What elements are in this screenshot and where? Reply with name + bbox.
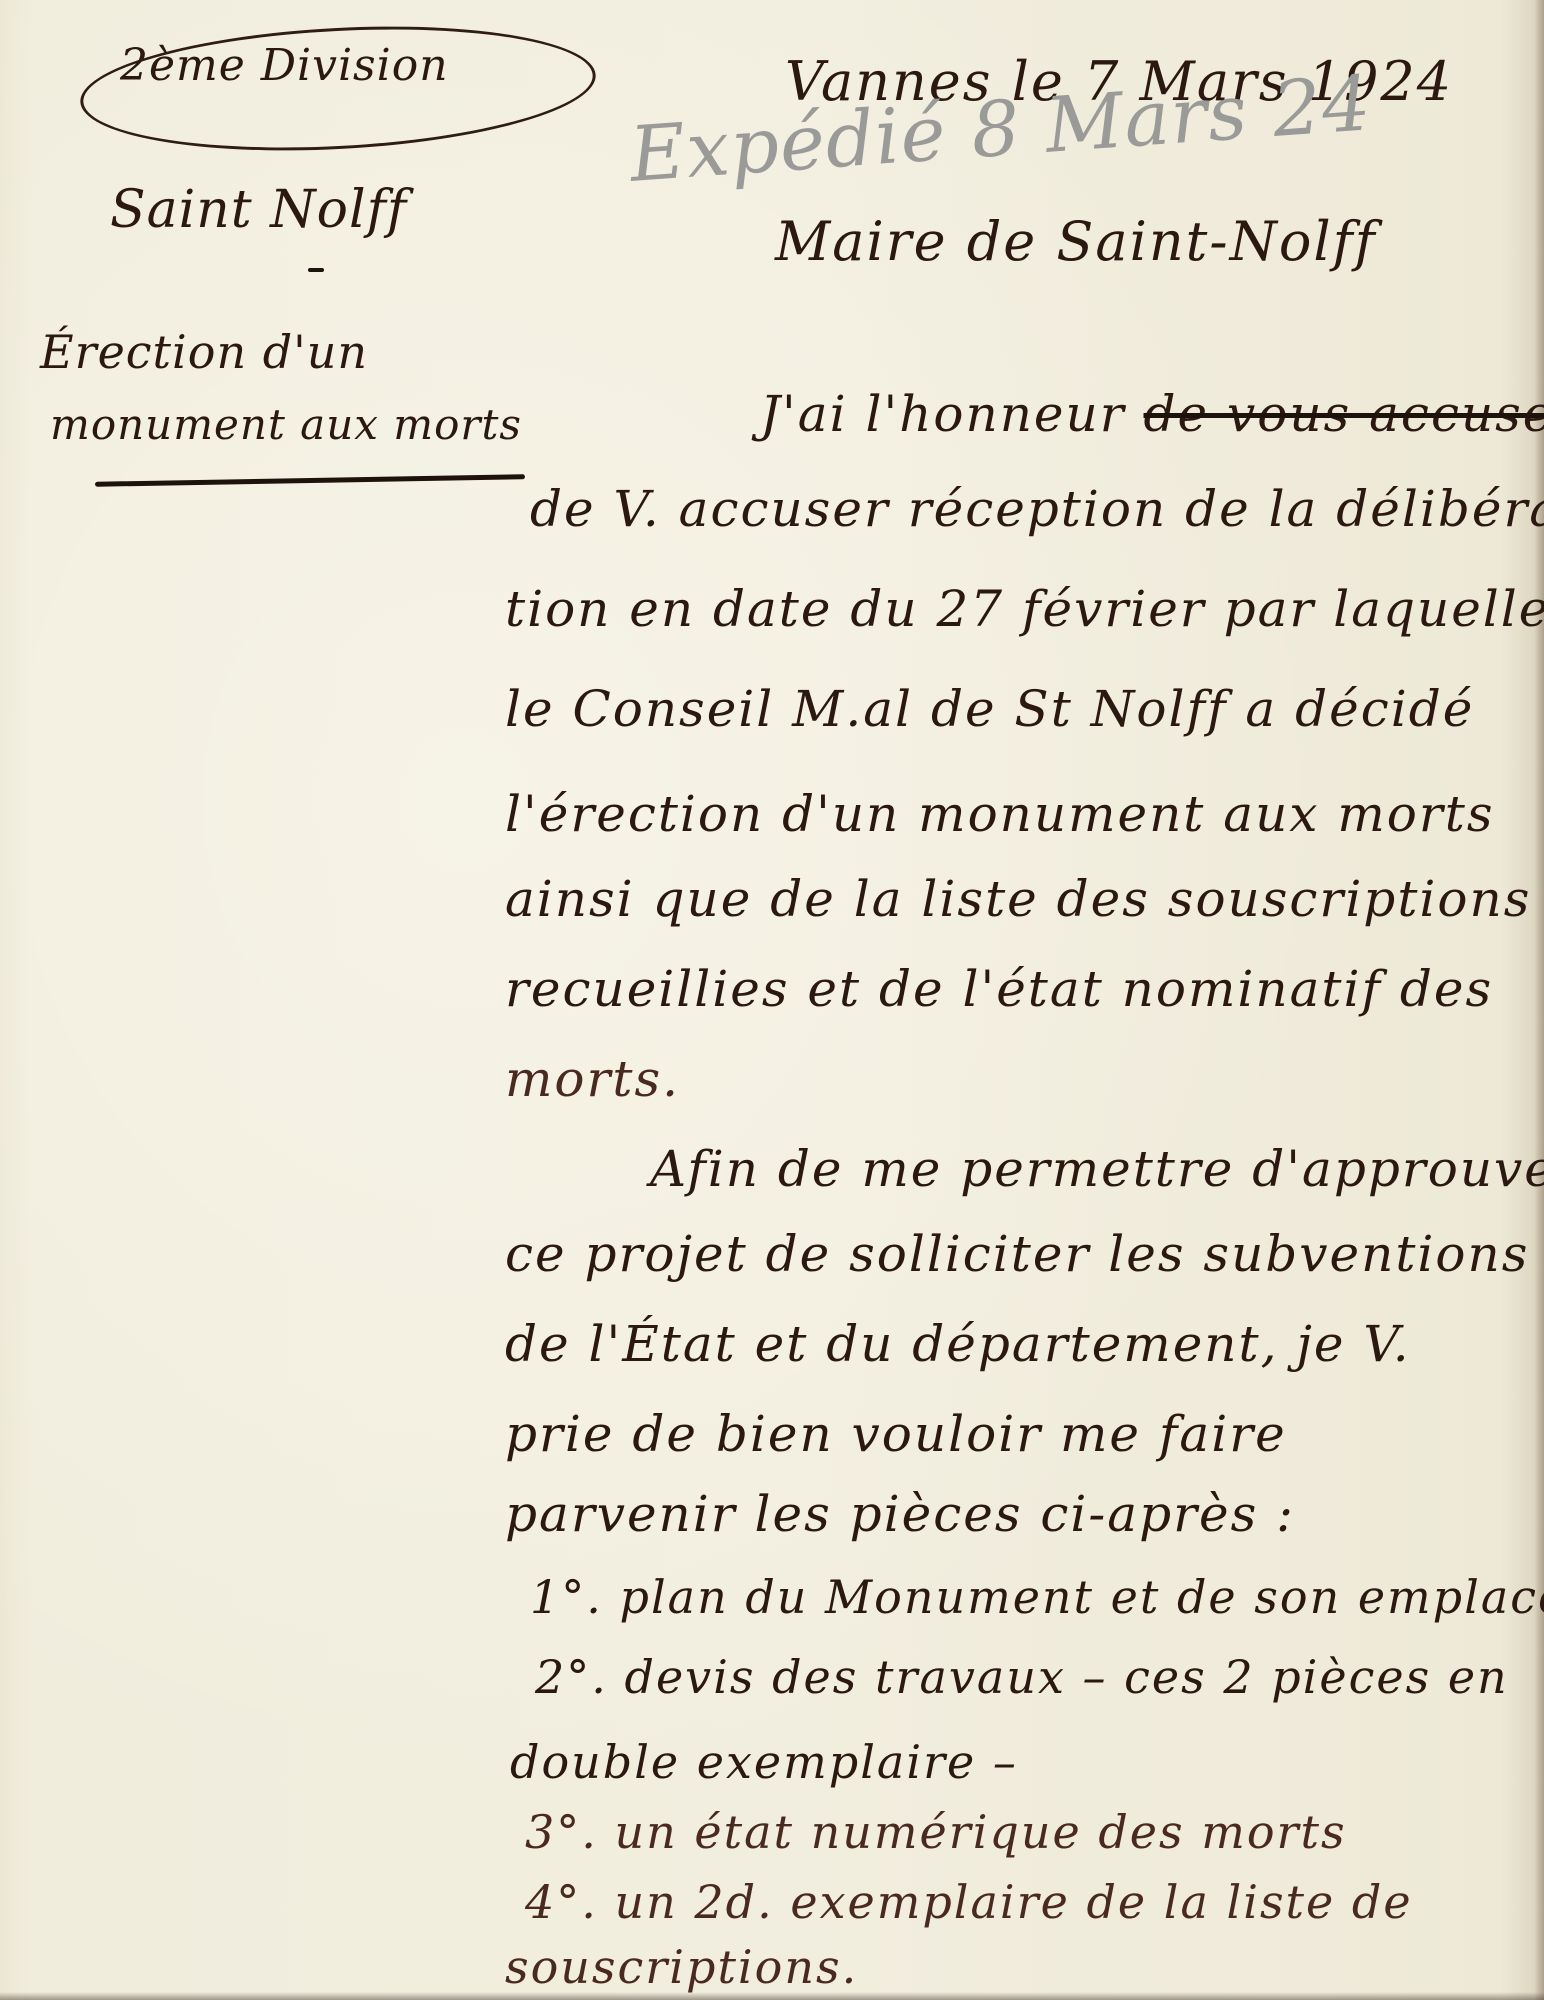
division-label: 2ème Division [120,40,449,91]
margin-separator [308,268,324,272]
body-line-6: recueillies et de l'état nominatif des [505,960,1493,1018]
body-line-5: ainsi que de la liste des souscriptions [505,870,1531,928]
list-item-4: 4°. un 2d. exemplaire de la liste de [525,1875,1413,1929]
para2-line-1: Afin de me permettre d'approuver [650,1140,1544,1198]
para2-line-2: ce projet de solliciter les subventions [505,1225,1529,1283]
para2-line-3: de l'État et du département, je V. [505,1315,1411,1373]
opening-text: J'ai l'honneur [760,385,1126,443]
subject-line-2: monument aux morts [50,400,522,449]
subject-line-1: Érection d'un [40,325,368,379]
body-line-4: l'érection d'un monument aux morts [505,785,1495,843]
opening-phrase: J'ai l'honneur de vous accuser [760,385,1544,443]
list-item-1: 1°. plan du Monument et de son emplaceme… [530,1570,1544,1624]
body-line-2: tion en date du 27 février par laquelle [505,580,1544,638]
list-item-3: 3°. un état numérique des morts [525,1805,1347,1859]
commune-label: Saint Nolff [110,180,407,240]
list-item-2: 2°. devis des travaux – ces 2 pièces en [535,1650,1509,1704]
para2-line-4: prie de bien vouloir me faire [505,1405,1287,1463]
list-item-4-cont: souscriptions. [505,1940,858,1994]
struck-text: de vous accuser [1144,385,1544,443]
para2-line-5: parvenir les pièces ci-après : [505,1485,1295,1543]
addressee: Maire de Saint-Nolff [775,210,1377,273]
list-item-2-cont: double exemplaire – [510,1735,1018,1789]
page-edge-right [1534,0,1544,2000]
body-line-1: de V. accuser réception de la délibéra- [530,480,1544,538]
body-line-7: morts. [505,1050,680,1108]
body-line-3: le Conseil M.al de St Nolff a décidé [505,680,1474,738]
